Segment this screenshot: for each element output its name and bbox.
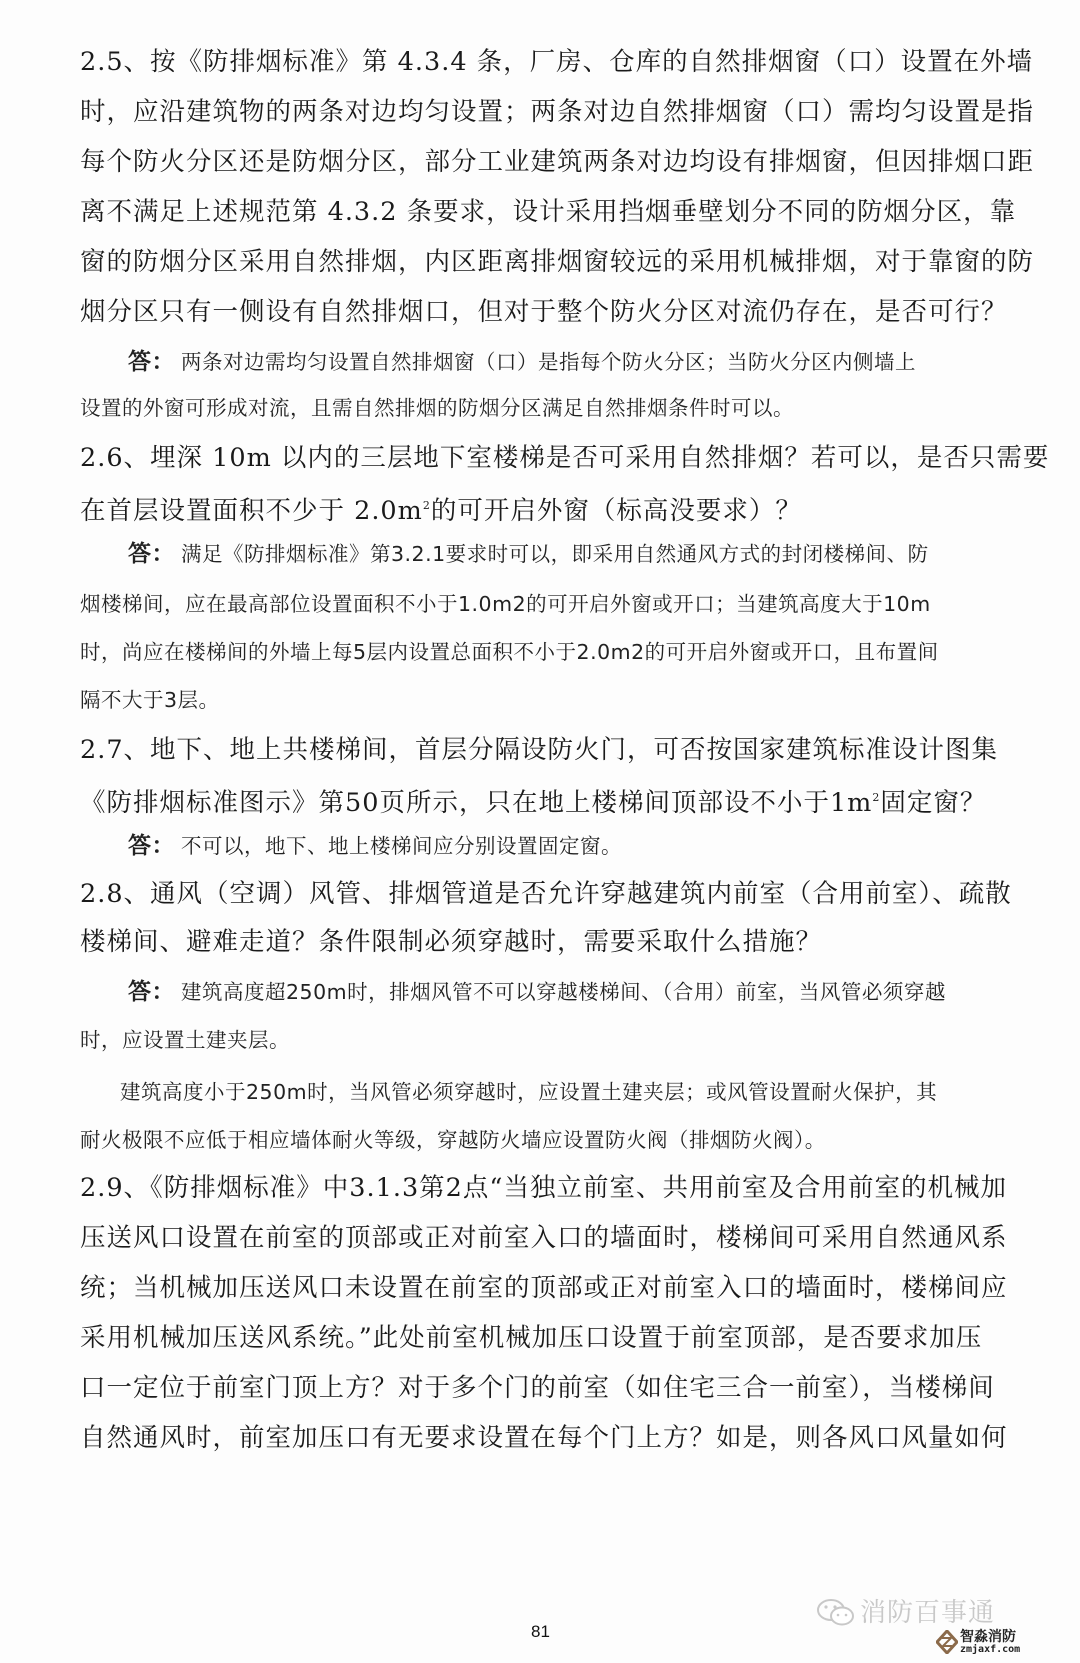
answer-label: 答：	[128, 349, 175, 375]
question-2-9-line-5: 口一定位于前室门顶上方？对于多个门的前室（如住宅三合一前室），当楼梯间	[80, 1372, 995, 1404]
question-text: 在首层设置面积不少于 2.0m	[80, 496, 423, 526]
answer-2-5-line-1: 答：两条对边需均匀设置自然排烟窗（口）是指每个防火分区；当防火分区内侧墙上	[128, 346, 916, 378]
question-text: 《防排烟标准图示》第50页所示，只在地上楼梯间顶部设不小于1m	[80, 788, 872, 818]
answer-2-8-line-3: 建筑高度小于250m时，当风管必须穿越时，应设置土建夹层；或风管设置耐火保护，其	[120, 1076, 937, 1108]
answer-label: 答：	[128, 979, 175, 1005]
question-2-5-line-2: 时，应沿建筑物的两条对边均匀设置；两条对边自然排烟窗（口）需均匀设置是指	[80, 96, 1034, 128]
brand-logo-icon	[936, 1630, 958, 1654]
page-number: 81	[531, 1622, 550, 1642]
superscript: 2	[423, 499, 431, 512]
question-2-5-line-6: 烟分区只有一侧设有自然排烟口，但对于整个防火分区对流仍存在，是否可行？	[80, 296, 1008, 328]
question-2-9-line-6: 自然通风时，前室加压口有无要求设置在每个门上方？如是，则各风口风量如何	[80, 1422, 1008, 1454]
watermark: 消防百事通 智淼消防 zmjaxf.com	[808, 1590, 1078, 1663]
question-2-5-line-5: 窗的防烟分区采用自然排烟，内区距离排烟窗较远的采用机械排烟，对于靠窗的防	[80, 246, 1034, 278]
question-2-7-line-2: 《防排烟标准图示》第50页所示，只在地上楼梯间顶部设不小于1m2固定窗？	[80, 782, 986, 819]
question-2-5-line-4: 离不满足上述规范第 4.3.2 条要求，设计采用挡烟垂壁划分不同的防烟分区，靠	[80, 196, 1016, 228]
answer-text: 两条对边需均匀设置自然排烟窗（口）是指每个防火分区；当防火分区内侧墙上	[181, 350, 916, 374]
watermark-title: 消防百事通	[860, 1592, 995, 1629]
question-text: 的可开启外窗（标高没要求）？	[431, 496, 802, 526]
question-2-9-line-3: 统；当机械加压送风口未设置在前室的顶部或正对前室入口的墙面时，楼梯间应	[80, 1272, 1008, 1304]
answer-2-8-line-4: 耐火极限不应低于相应墙体耐火等级，穿越防火墙应设置防火阀（排烟防火阀）。	[80, 1124, 826, 1156]
question-2-6-line-2: 在首层设置面积不少于 2.0m2的可开启外窗（标高没要求）？	[80, 490, 802, 527]
answer-2-8-line-2: 时，应设置土建夹层。	[80, 1024, 290, 1056]
watermark-brand: 智淼消防	[960, 1626, 1016, 1646]
wechat-icon	[816, 1598, 856, 1628]
answer-text: 不可以，地下、地上楼梯间应分别设置固定窗。	[181, 834, 622, 858]
answer-2-6-line-2: 烟楼梯间，应在最高部位设置面积不小于1.0m2的可开启外窗或开口；当建筑高度大于…	[80, 588, 931, 620]
question-2-7-line-1: 2.7、地下、地上共楼梯间，首层分隔设防火门，可否按国家建筑标准设计图集	[80, 734, 998, 766]
question-2-9-line-1: 2.9、《防排烟标准》中3.1.3第2点“当独立前室、共用前室及合用前室的机械加	[80, 1172, 1007, 1204]
question-2-6-line-1: 2.6、埋深 10m 以内的三层地下室楼梯是否可采用自然排烟？若可以，是否只需要	[80, 442, 1049, 474]
question-text: 固定窗？	[880, 788, 986, 818]
question-2-9-line-4: 采用机械加压送风系统。”此处前室机械加压口设置于前室顶部，是否要求加压	[80, 1322, 982, 1354]
question-2-5-line-3: 每个防火分区还是防烟分区，部分工业建筑两条对边均设有排烟窗，但因排烟口距	[80, 146, 1034, 178]
question-2-8-line-2: 楼梯间、避难走道？条件限制必须穿越时，需要采取什么措施？	[80, 926, 822, 958]
answer-label: 答：	[128, 833, 175, 859]
answer-2-8-line-1: 答：建筑高度超250m时，排烟风管不可以穿越楼梯间、（合用）前室，当风管必须穿越	[128, 976, 946, 1008]
answer-2-7-line-1: 答：不可以，地下、地上楼梯间应分别设置固定窗。	[128, 830, 622, 862]
answer-text: 满足《防排烟标准》第3.2.1要求时可以，即采用自然通风方式的封闭楼梯间、防	[181, 542, 929, 566]
answer-2-6-line-3: 时，尚应在楼梯间的外墙上每5层内设置总面积不小于2.0m2的可开启外窗或开口，且…	[80, 636, 939, 668]
answer-2-6-line-1: 答：满足《防排烟标准》第3.2.1要求时可以，即采用自然通风方式的封闭楼梯间、防	[128, 538, 929, 570]
question-2-8-line-1: 2.8、通风（空调）风管、排烟管道是否允许穿越建筑内前室（合用前室）、疏散	[80, 878, 1012, 910]
answer-2-6-line-4: 隔不大于3层。	[80, 684, 220, 716]
watermark-url: zmjaxf.com	[960, 1644, 1020, 1655]
document-page: 2.5、按《防排烟标准》第 4.3.4 条，厂房、仓库的自然排烟窗（口）设置在外…	[0, 0, 1080, 1663]
answer-2-5-line-2: 设置的外窗可形成对流，且需自然排烟的防烟分区满足自然排烟条件时可以。	[80, 392, 794, 424]
answer-label: 答：	[128, 541, 175, 567]
question-2-9-line-2: 压送风口设置在前室的顶部或正对前室入口的墙面时，楼梯间可采用自然通风系	[80, 1222, 1008, 1254]
question-2-5-line-1: 2.5、按《防排烟标准》第 4.3.4 条，厂房、仓库的自然排烟窗（口）设置在外…	[80, 46, 1033, 78]
answer-text: 建筑高度超250m时，排烟风管不可以穿越楼梯间、（合用）前室，当风管必须穿越	[181, 980, 946, 1004]
